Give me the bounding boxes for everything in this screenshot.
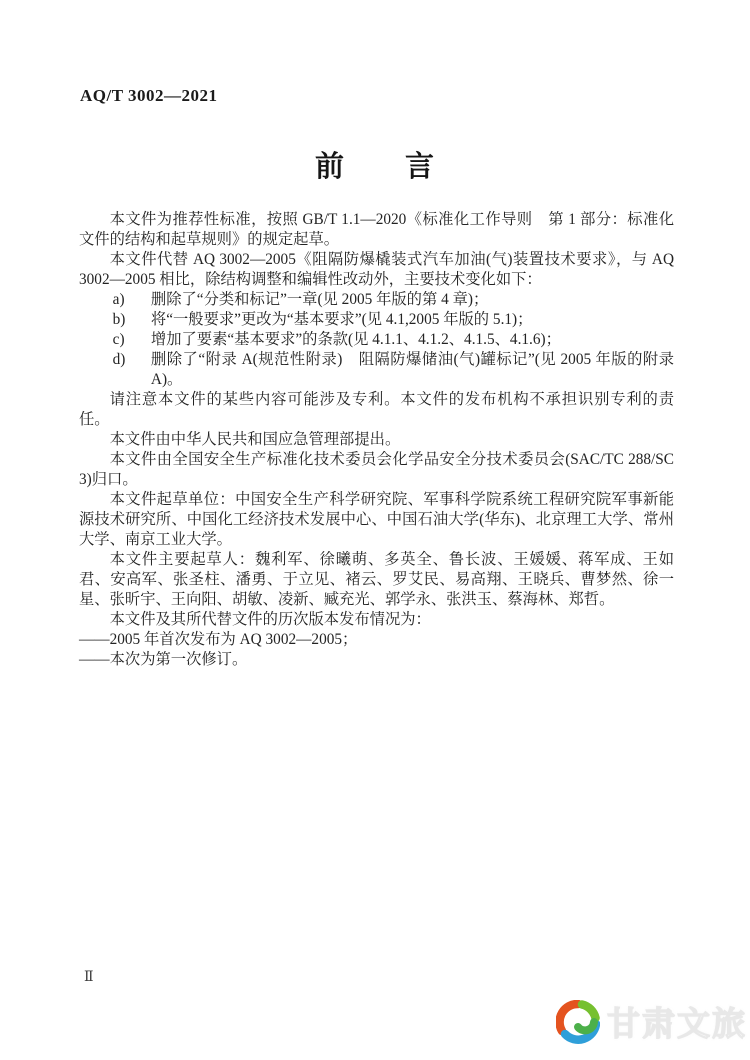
list-marker: c) xyxy=(113,330,151,350)
paragraph-version-history: 本文件及其所代替文件的历次版本发布情况为： xyxy=(79,610,674,630)
watermark: 甘肃文旅 xyxy=(556,998,747,1045)
change-list-item: b) 将“一般要求”更改为“基本要求”(见 4.1,2005 年版的 5.1)； xyxy=(113,310,674,330)
document-page: AQ/T 3002—2021 前 言 本文件为推荐性标准，按照 GB/T 1.1… xyxy=(0,0,750,1060)
paragraph-drafting-organizations: 本文件起草单位：中国安全生产科学研究院、军事科学院系统工程研究院军事新能源技术研… xyxy=(79,490,674,550)
page-title: 前 言 xyxy=(0,144,750,185)
page-number: Ⅱ xyxy=(84,969,94,986)
change-list-item: d) 删除了“附录 A(规范性附录) 阻隔防爆储油(气)罐标记”(见 2005 … xyxy=(113,350,674,390)
foreword-body: 本文件为推荐性标准，按照 GB/T 1.1—2020《标准化工作导则 第 1 部… xyxy=(79,210,674,670)
change-list-item: c) 增加了要素“基本要求”的条款(见 4.1.1、4.1.2、4.1.5、4.… xyxy=(113,330,674,350)
list-marker: a) xyxy=(113,290,151,310)
paragraph-proposed-by: 本文件由中华人民共和国应急管理部提出。 xyxy=(79,430,674,450)
watermark-text: 甘肃文旅 xyxy=(607,998,747,1045)
paragraph-drafting-rules: 本文件为推荐性标准，按照 GB/T 1.1—2020《标准化工作导则 第 1 部… xyxy=(79,210,674,250)
swirl-logo-icon xyxy=(556,1000,600,1044)
paragraph-replaces: 本文件代替 AQ 3002—2005《阻隔防爆橇装式汽车加油(气)装置技术要求》… xyxy=(79,250,674,290)
standard-code: AQ/T 3002—2021 xyxy=(80,86,218,106)
paragraph-patent-notice: 请注意本文件的某些内容可能涉及专利。本文件的发布机构不承担识别专利的责任。 xyxy=(79,390,674,430)
version-history-item: ——本次为第一次修订。 xyxy=(79,650,674,670)
list-marker: b) xyxy=(113,310,151,330)
list-text: 将“一般要求”更改为“基本要求”(见 4.1,2005 年版的 5.1)； xyxy=(151,310,674,330)
change-list-item: a) 删除了“分类和标记”一章(见 2005 年版的第 4 章)； xyxy=(113,290,674,310)
list-text: 删除了“分类和标记”一章(见 2005 年版的第 4 章)； xyxy=(151,290,674,310)
version-history-item: ——2005 年首次发布为 AQ 3002—2005； xyxy=(79,630,674,650)
paragraph-main-drafters: 本文件主要起草人：魏利军、徐曦萌、多英全、鲁长波、王媛媛、蒋军成、王如君、安高军… xyxy=(79,550,674,610)
paragraph-centralized-by: 本文件由全国安全生产标准化技术委员会化学品安全分技术委员会(SAC/TC 288… xyxy=(79,450,674,490)
list-text: 增加了要素“基本要求”的条款(见 4.1.1、4.1.2、4.1.5、4.1.6… xyxy=(151,330,674,350)
list-text: 删除了“附录 A(规范性附录) 阻隔防爆储油(气)罐标记”(见 2005 年版的… xyxy=(151,350,674,390)
list-marker: d) xyxy=(113,350,151,390)
